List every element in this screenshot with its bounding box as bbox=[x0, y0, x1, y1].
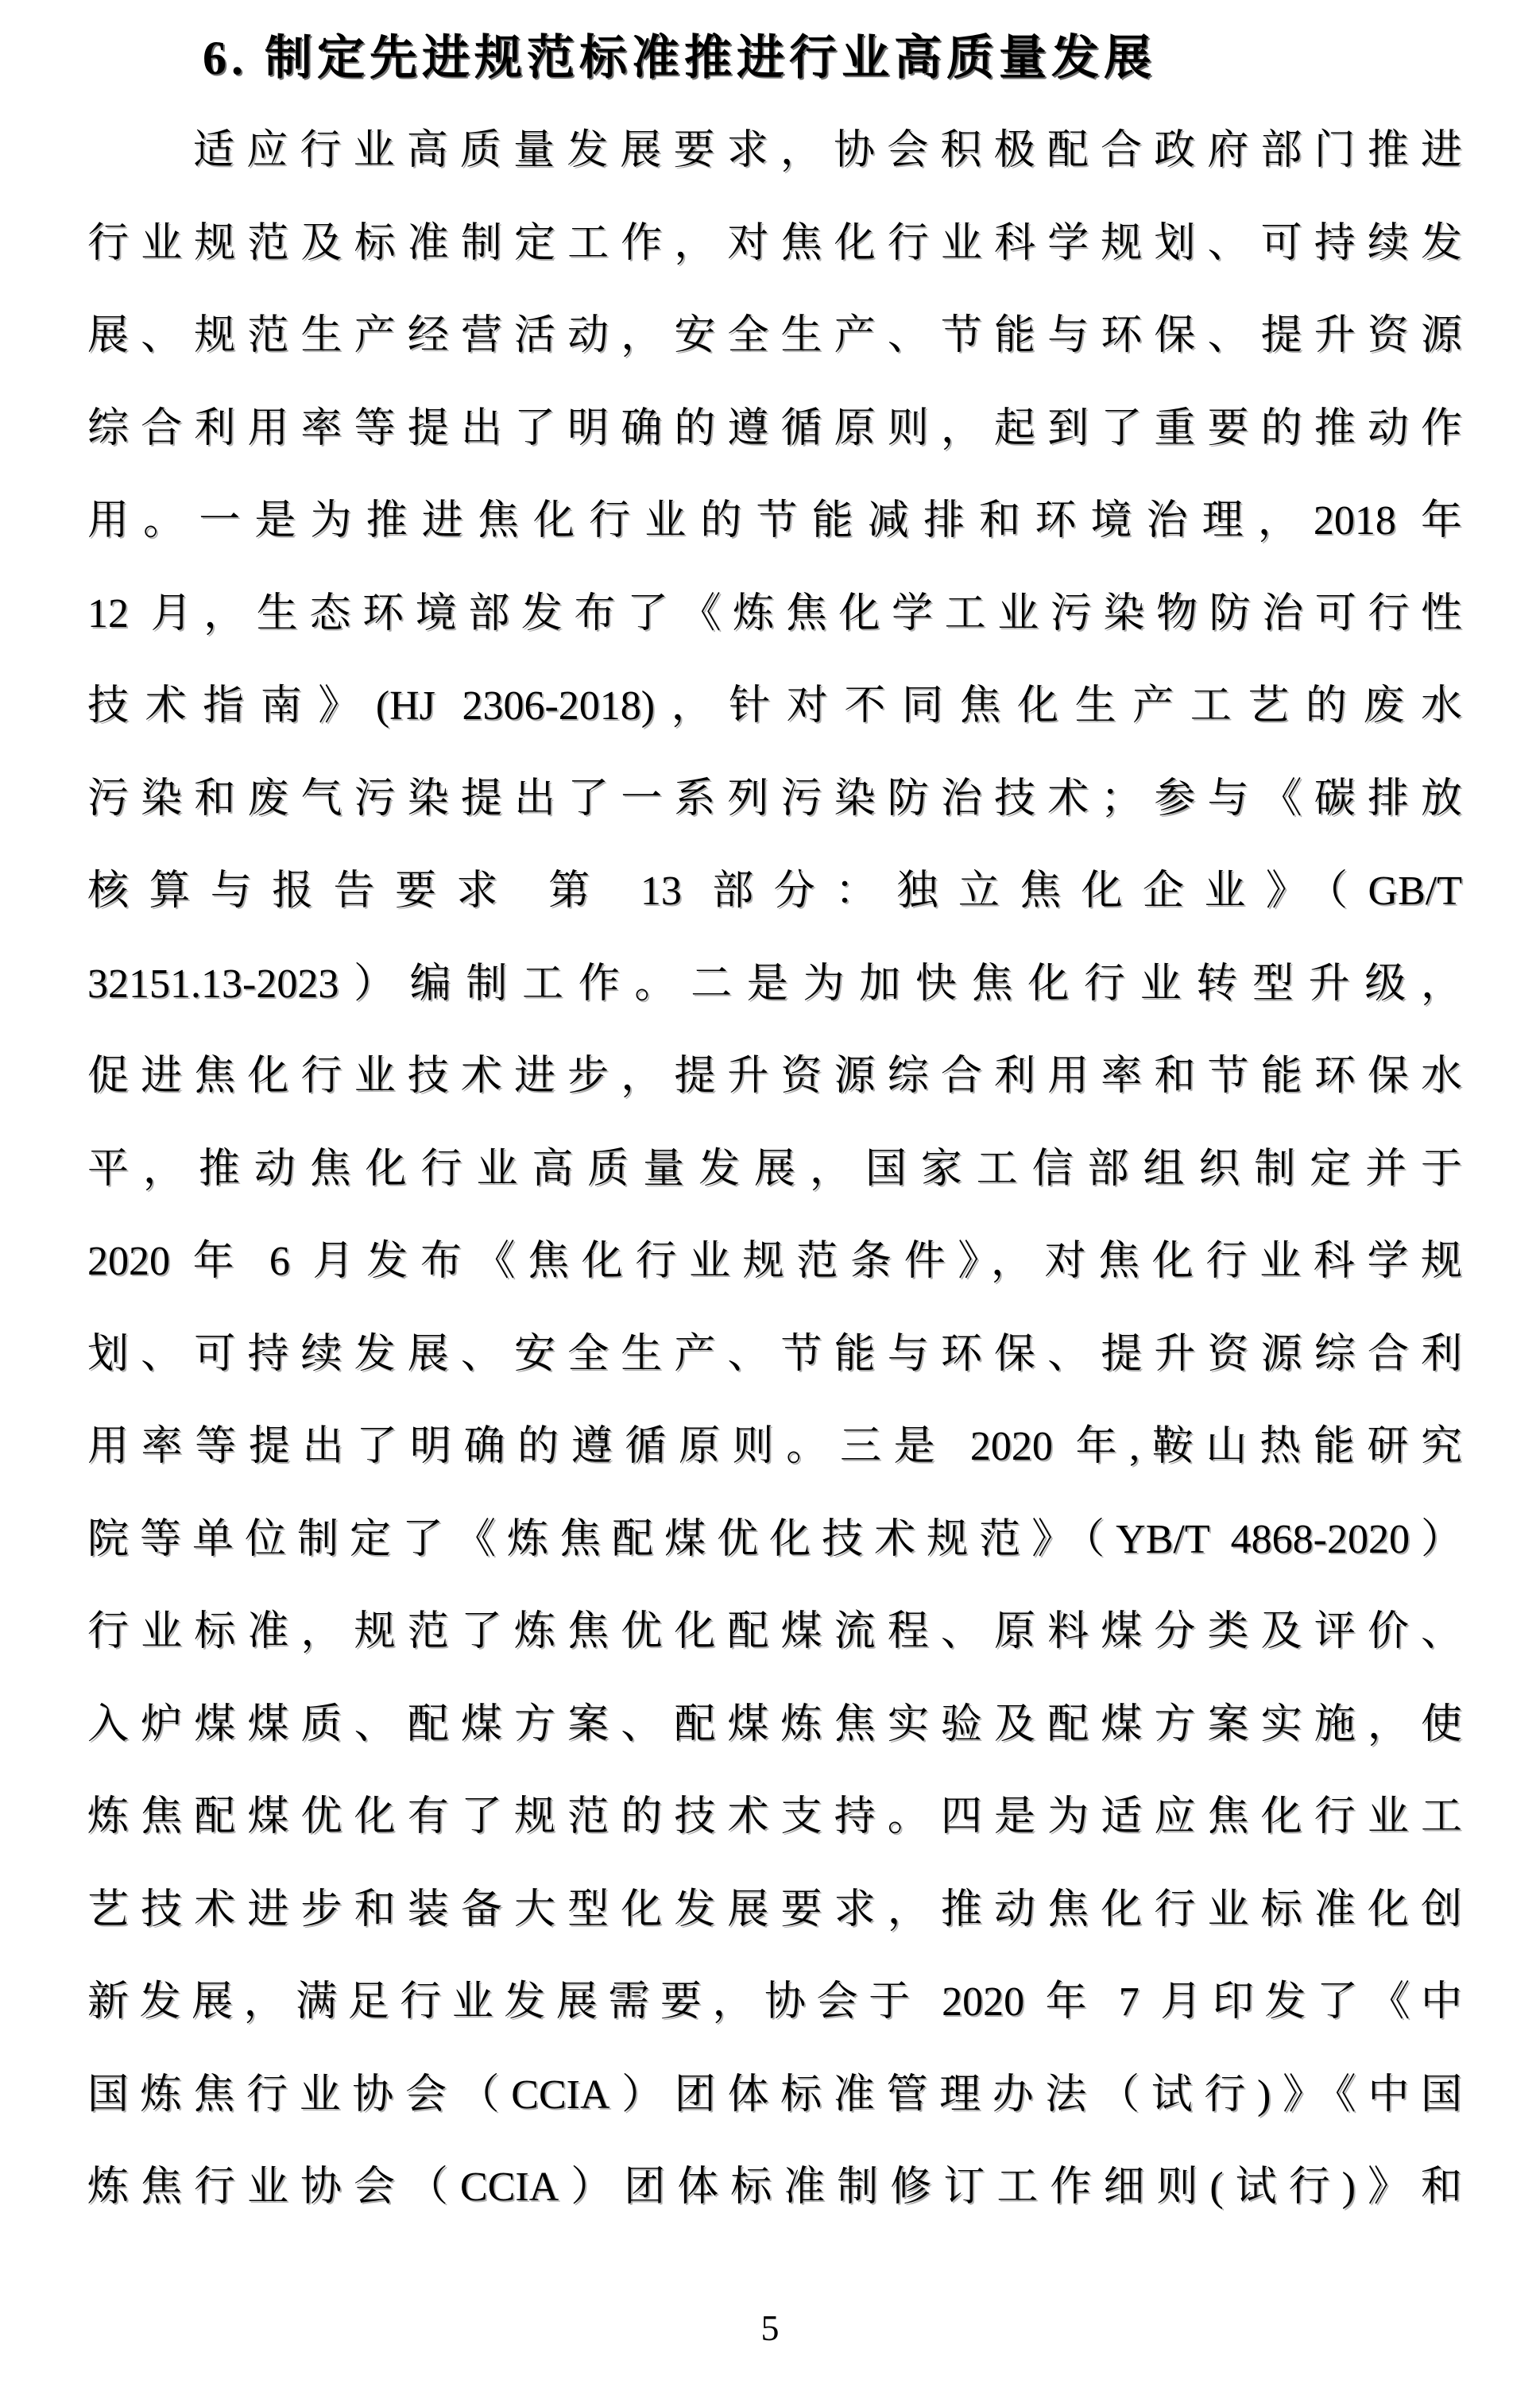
paragraph-line: 用率等提出了明确的遵循原则。三是 2020 年,鞍山热能研究 bbox=[87, 1401, 1462, 1494]
paragraph-line: 综合利用率等提出了明确的遵循原则，起到了重要的推动作 bbox=[87, 383, 1462, 476]
paragraph-line: 国炼焦行业协会（CCIA）团体标准管理办法（试行)》《中国 bbox=[87, 2049, 1462, 2142]
paragraph-line: 行业标准，规范了炼焦优化配煤流程、原料煤分类及评价、 bbox=[87, 1586, 1462, 1679]
paragraph-line: 新发展，满足行业发展需要，协会于 2020 年 7 月印发了《中 bbox=[87, 1956, 1462, 2049]
paragraph-line: 适应行业高质量发展要求，协会积极配合政府部门推进 bbox=[87, 105, 1462, 198]
paragraph-line: 12 月，生态环境部发布了《炼焦化学工业污染物防治可行性 bbox=[87, 568, 1462, 661]
paragraph-line: 入炉煤煤质、配煤方案、配煤炼焦实验及配煤方案实施，使 bbox=[87, 1679, 1462, 1772]
paragraph-line: 促进焦化行业技术进步，提升资源综合利用率和节能环保水 bbox=[87, 1031, 1462, 1124]
paragraph-line: 院等单位制定了《炼焦配煤优化技术规范》（YB/T 4868-2020） bbox=[87, 1494, 1462, 1587]
paragraph-line: 炼焦配煤优化有了规范的技术支持。四是为适应焦化行业工 bbox=[87, 1771, 1462, 1864]
paragraph-line: 用。一是为推进焦化行业的节能减排和环境治理，2018 年 bbox=[87, 475, 1462, 568]
document-page: 6. 制定先进规范标准推进行业高质量发展 适应行业高质量发展要求，协会积极配合政… bbox=[0, 0, 1540, 2391]
paragraph-line: 2020 年 6 月发布《焦化行业规范条件》，对焦化行业科学规 bbox=[87, 1216, 1462, 1309]
paragraph-line: 平，推动焦化行业高质量发展，国家工信部组织制定并于 bbox=[87, 1124, 1462, 1217]
paragraph-line: 核算与报告要求 第 13 部分：独立焦化企业》（GB/T bbox=[87, 845, 1462, 938]
paragraph-line: 展、规范生产经营活动，安全生产、节能与环保、提升资源 bbox=[87, 290, 1462, 383]
paragraph-line: 划、可持续发展、安全生产、节能与环保、提升资源综合利 bbox=[87, 1309, 1462, 1402]
section-heading: 6. 制定先进规范标准推进行业高质量发展 bbox=[87, 12, 1462, 105]
paragraph-line: 技术指南》(HJ 2306-2018)，针对不同焦化生产工艺的废水 bbox=[87, 660, 1462, 753]
paragraph-line: 污染和废气污染提出了一系列污染防治技术；参与《碳排放 bbox=[87, 753, 1462, 846]
paragraph-line: 艺技术进步和装备大型化发展要求，推动焦化行业标准化创 bbox=[87, 1864, 1462, 1957]
text-block: 6. 制定先进规范标准推进行业高质量发展 适应行业高质量发展要求，协会积极配合政… bbox=[87, 12, 1462, 2234]
page-number: 5 bbox=[0, 2304, 1540, 2352]
paragraph-line: 行业规范及标准制定工作，对焦化行业科学规划、可持续发 bbox=[87, 198, 1462, 291]
paragraph-line: 炼焦行业协会（CCIA）团体标准制修订工作细则(试行)》和 bbox=[87, 2141, 1462, 2234]
paragraph-line: 32151.13-2023）编制工作。二是为加快焦化行业转型升级， bbox=[87, 938, 1462, 1031]
